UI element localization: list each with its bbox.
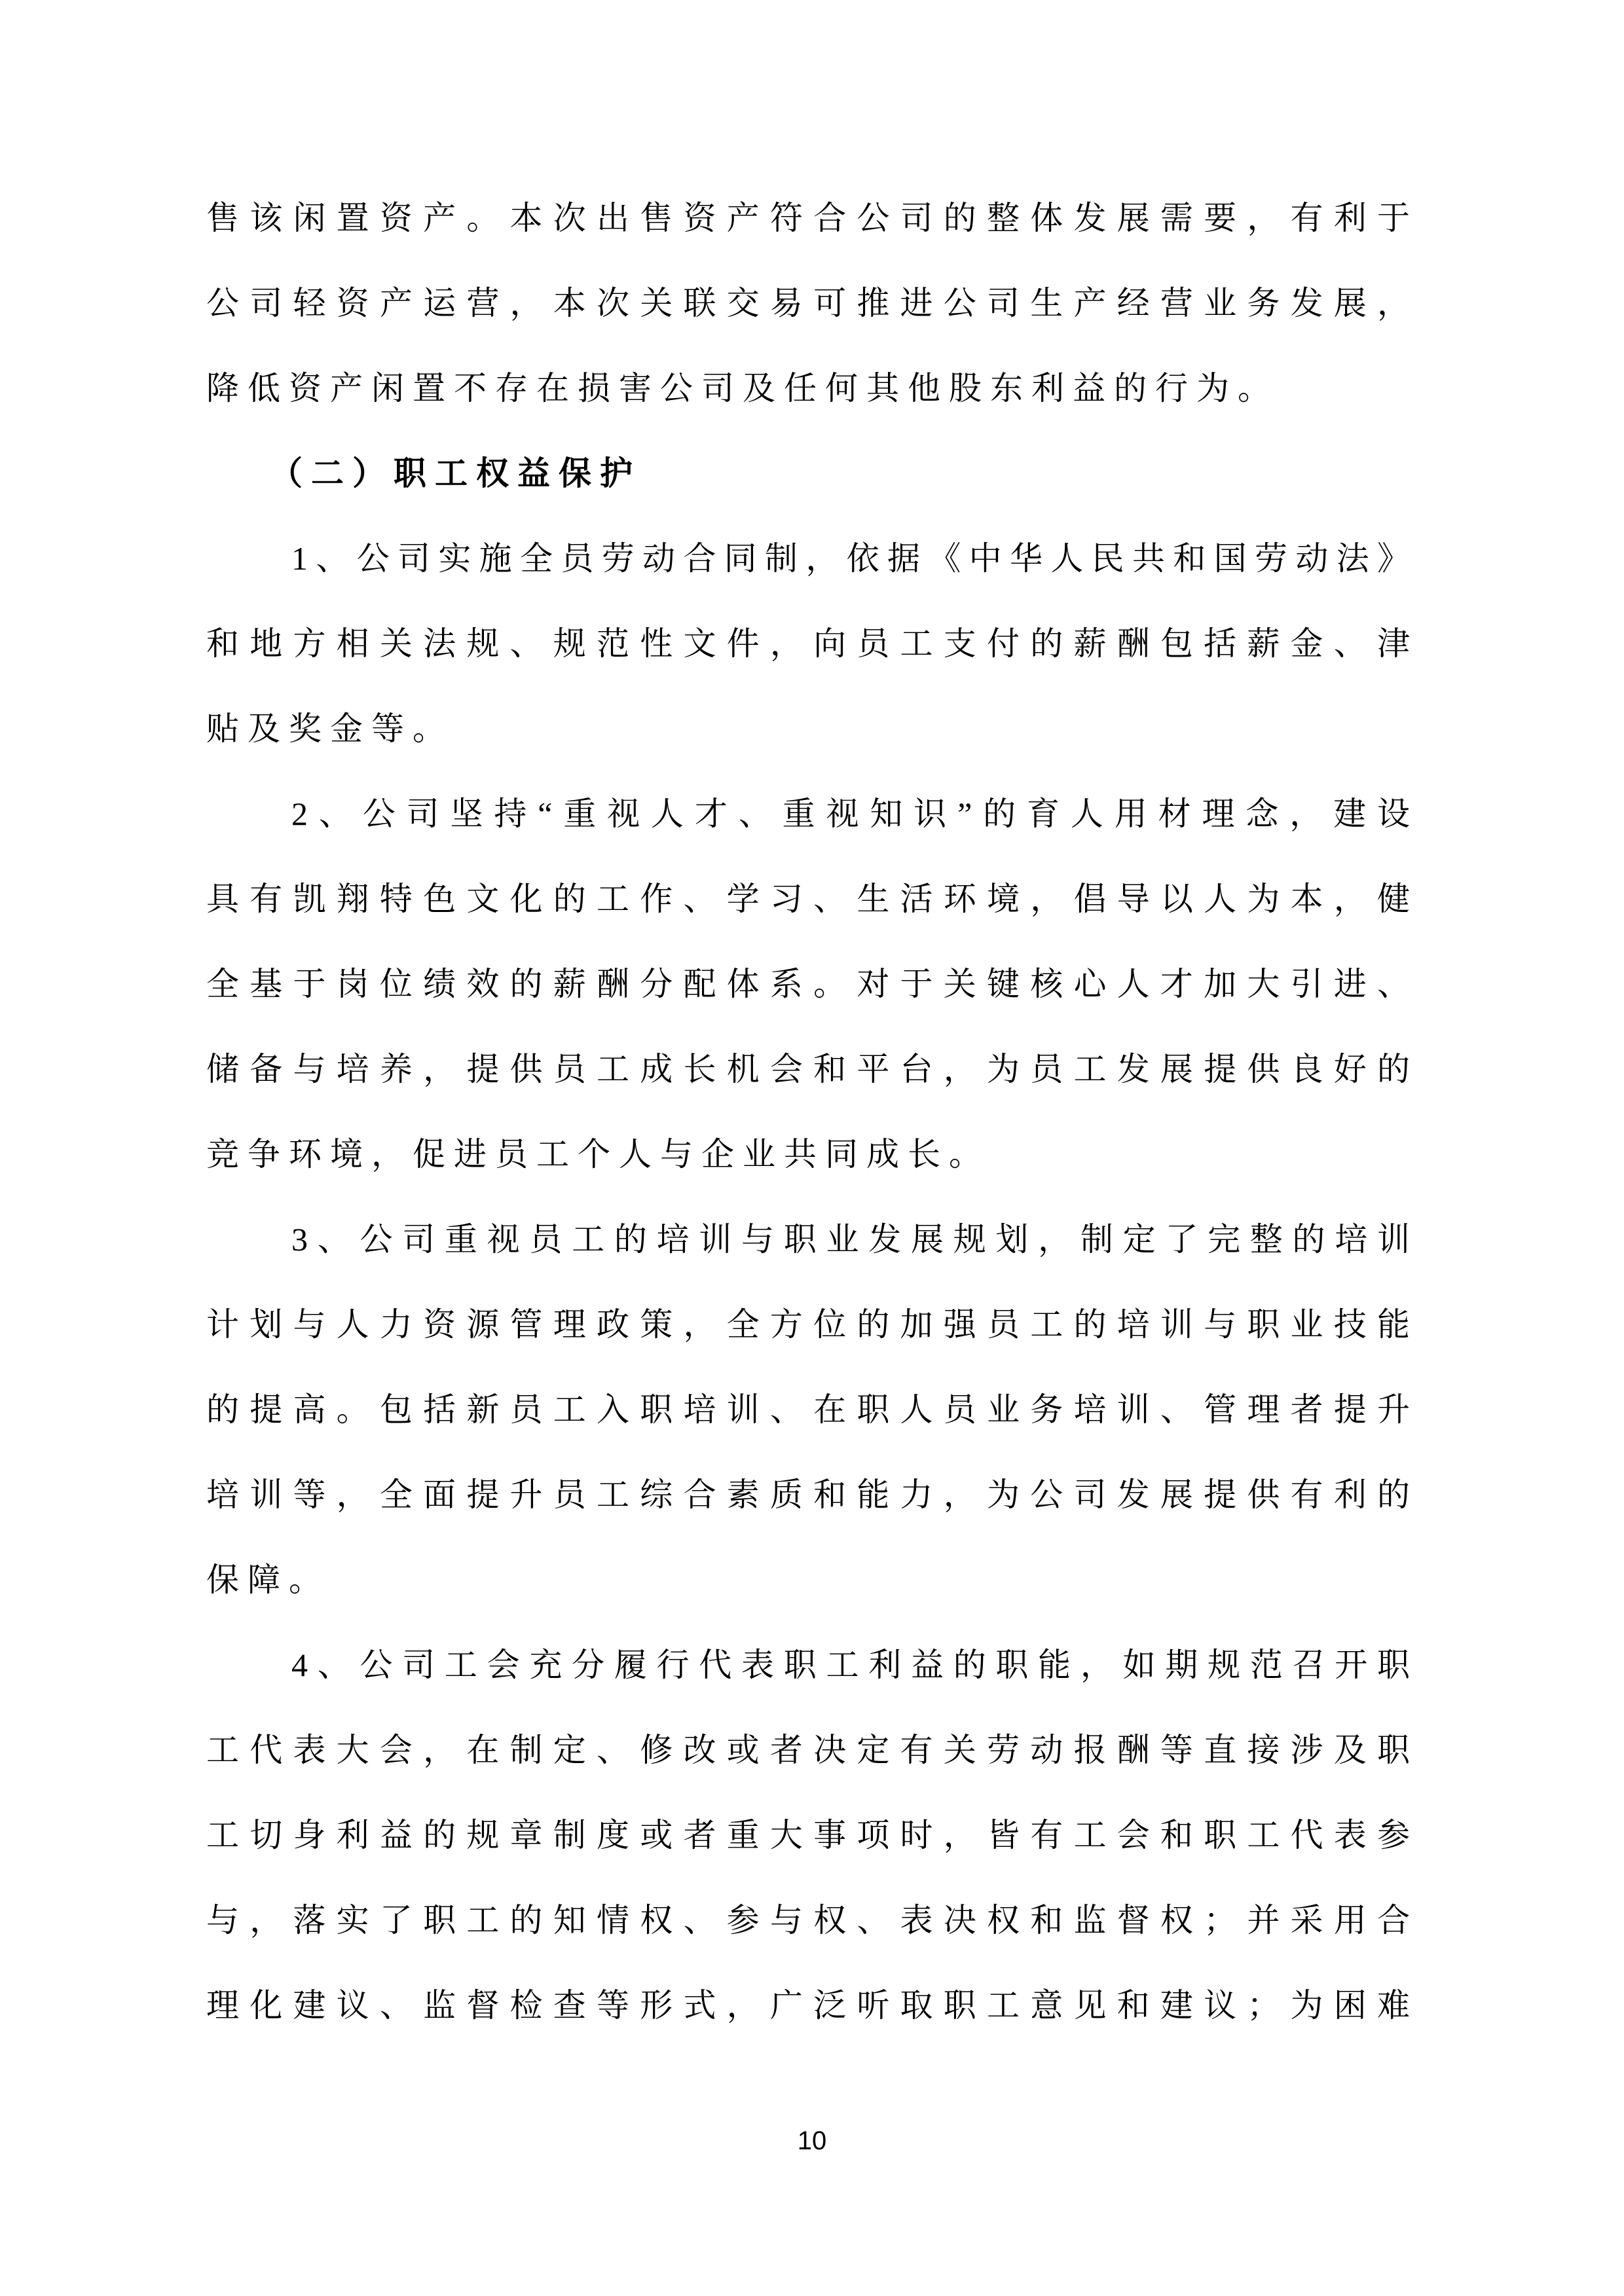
text-line: 与，落实了职工的知情权、参与权、表决权和监督权；并采用合 [206,1878,1416,1963]
text-block: 售该闲置资产。本次出售资产符合公司的整体发展需要，有利于 公司轻资产运营，本次关… [206,175,1416,2048]
text-line: 理化建议、监督检查等形式，广泛听取职工意见和建议；为困难 [206,1963,1416,2048]
text-line: 全基于岗位绩效的薪酬分配体系。对于关键核心人才加大引进、 [206,941,1416,1027]
text-line: 竞争环境，促进员工个人与企业共同成长。 [206,1112,1416,1197]
text-line: 保障。 [206,1537,1416,1622]
text-line: 工切身利益的规章制度或者重大事项时，皆有工会和职工代表参 [206,1793,1416,1878]
text-line: 降低资产闲置不存在损害公司及任何其他股东利益的行为。 [206,346,1416,431]
text-line: 和地方相关法规、规范性文件，向员工支付的薪酬包括薪金、津 [206,601,1416,686]
section-heading: （二）职工权益保护 [206,431,1416,516]
page-number: 10 [0,2125,1624,2157]
text-line: 3、公司重视员工的培训与职业发展规划，制定了完整的培训 [206,1197,1416,1282]
text-line: 具有凯翔特色文化的工作、学习、生活环境，倡导以人为本，健 [206,856,1416,941]
text-line: 培训等，全面提升员工综合素质和能力，为公司发展提供有利的 [206,1452,1416,1537]
text-line: 储备与培养，提供员工成长机会和平台，为员工发展提供良好的 [206,1027,1416,1112]
document-page: 售该闲置资产。本次出售资产符合公司的整体发展需要，有利于 公司轻资产运营，本次关… [0,0,1624,2296]
text-line: 贴及奖金等。 [206,686,1416,771]
text-line: 2、公司坚持“重视人才、重视知识”的育人用材理念，建设 [206,771,1416,856]
text-line: 计划与人力资源管理政策，全方位的加强员工的培训与职业技能 [206,1282,1416,1367]
text-line: 工代表大会，在制定、修改或者决定有关劳动报酬等直接涉及职 [206,1707,1416,1793]
text-line: 公司轻资产运营，本次关联交易可推进公司生产经营业务发展， [206,261,1416,346]
text-line: 1、公司实施全员劳动合同制，依据《中华人民共和国劳动法》 [206,516,1416,601]
text-line: 售该闲置资产。本次出售资产符合公司的整体发展需要，有利于 [206,175,1416,261]
text-line: 的提高。包括新员工入职培训、在职人员业务培训、管理者提升 [206,1367,1416,1452]
text-line: 4、公司工会充分履行代表职工利益的职能，如期规范召开职 [206,1622,1416,1707]
